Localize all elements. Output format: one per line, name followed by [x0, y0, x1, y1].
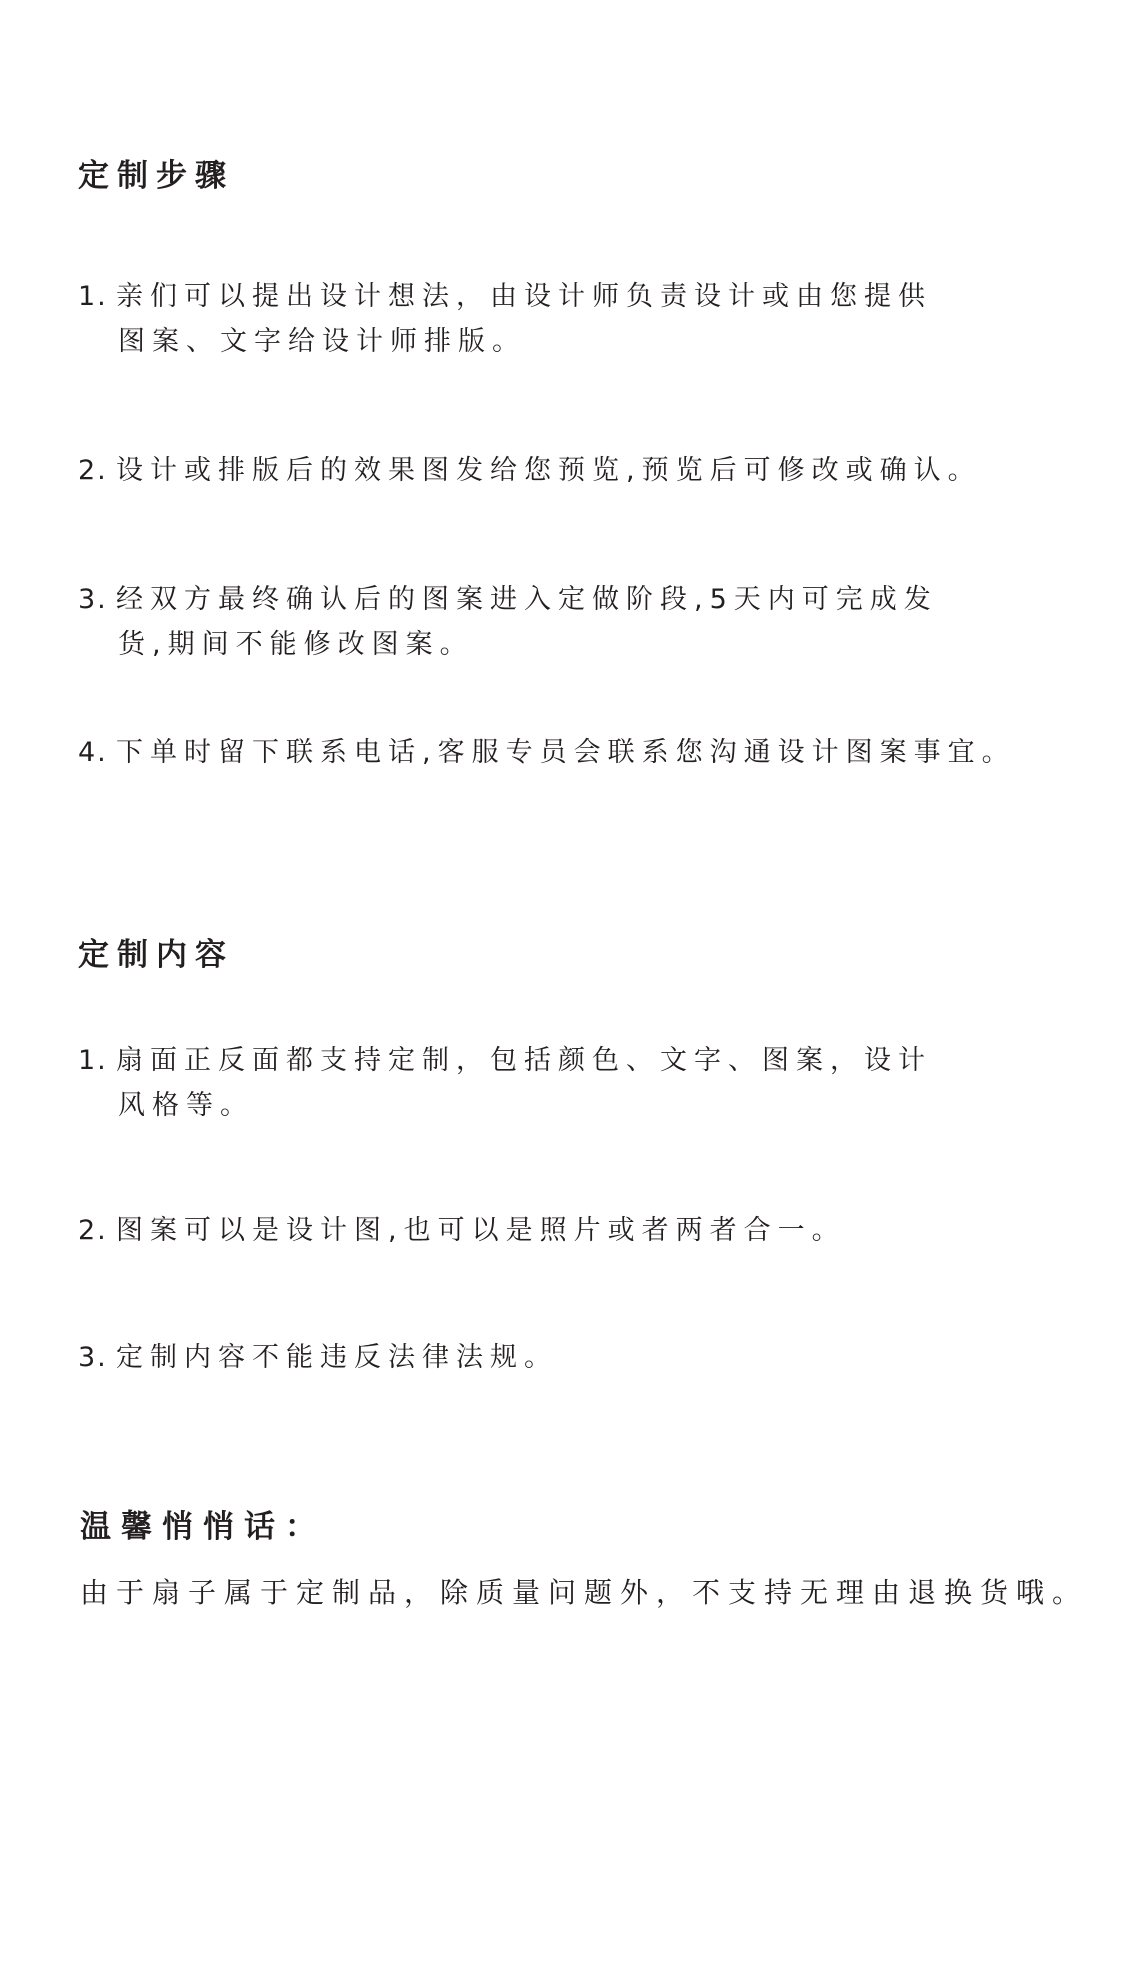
content-item-3: 3.定制内容不能违反法律法规。 — [78, 1335, 558, 1380]
item-number: 4. — [78, 730, 116, 775]
item-text-line1: 经双方最终确认后的图案进入定做阶段,5天内可完成发 — [116, 584, 938, 615]
item-number: 1. — [78, 274, 116, 319]
tips-text: 由于扇子属于定制品，除质量问题外，不支持无理由退换货哦。 — [80, 1573, 1088, 1613]
item-text-line1: 亲们可以提出设计想法，由设计师负责设计或由您提供 — [116, 281, 932, 312]
item-text-line1: 设计或排版后的效果图发给您预览,预览后可修改或确认。 — [116, 455, 982, 486]
step-item-1: 1.亲们可以提出设计想法，由设计师负责设计或由您提供 图案、文字给设计师排版。 — [78, 274, 932, 364]
item-text-line1: 图案可以是设计图,也可以是照片或者两者合一。 — [116, 1215, 846, 1246]
item-text-line1: 下单时留下联系电话,客服专员会联系您沟通设计图案事宜。 — [116, 737, 1016, 768]
item-text-line2: 图案、文字给设计师排版。 — [78, 319, 932, 364]
steps-heading: 定制步骤 — [78, 156, 234, 196]
content-item-2: 2.图案可以是设计图,也可以是照片或者两者合一。 — [78, 1208, 846, 1253]
item-number: 1. — [78, 1038, 116, 1083]
item-text-line2: 风格等。 — [78, 1083, 932, 1128]
item-text-line2: 货,期间不能修改图案。 — [78, 622, 938, 667]
content-heading: 定制内容 — [78, 935, 234, 975]
step-item-3: 3.经双方最终确认后的图案进入定做阶段,5天内可完成发 货,期间不能修改图案。 — [78, 577, 938, 667]
item-text-line1: 扇面正反面都支持定制，包括颜色、文字、图案，设计 — [116, 1045, 932, 1076]
item-text-line1: 定制内容不能违反法律法规。 — [116, 1342, 558, 1373]
item-number: 2. — [78, 448, 116, 493]
content-item-1: 1.扇面正反面都支持定制，包括颜色、文字、图案，设计 风格等。 — [78, 1038, 932, 1128]
item-number: 3. — [78, 577, 116, 622]
step-item-2: 2.设计或排版后的效果图发给您预览,预览后可修改或确认。 — [78, 448, 982, 493]
step-item-4: 4.下单时留下联系电话,客服专员会联系您沟通设计图案事宜。 — [78, 730, 1016, 775]
item-number: 3. — [78, 1335, 116, 1380]
tips-heading: 温馨悄悄话： — [80, 1507, 326, 1547]
item-number: 2. — [78, 1208, 116, 1253]
